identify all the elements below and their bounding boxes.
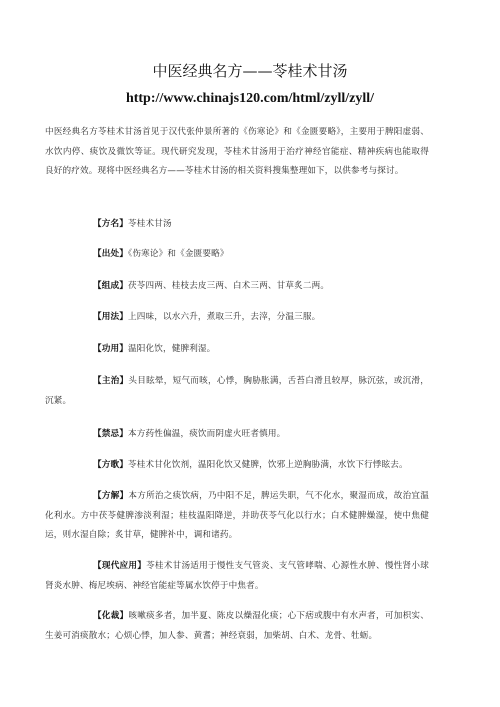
section-zhuzhi: 【主治】头目眩晕，短气而咳，心悸，胸胁胀满，舌苔白滑且较厚，脉沉弦，或沉滑，沉紧… — [45, 372, 429, 411]
section-text: 本方药性偏温，痰饮而阴虚火旺者慎用。 — [128, 429, 285, 439]
section-fangming: 【方名】苓桂术甘汤 — [45, 215, 429, 235]
section-label: 【方解】 — [93, 491, 128, 501]
section-label: 【现代应用】 — [93, 561, 146, 571]
section-text: 苓桂术甘汤 — [128, 219, 172, 229]
section-label: 【功用】 — [93, 344, 128, 354]
intro-paragraph: 中医经典名方苓桂术甘汤首见于汉代张仲景所著的《伤寒论》和《金匮要略》，主要用于脾… — [45, 123, 429, 182]
document-title: 中医经典名方——苓桂术甘汤 — [0, 61, 500, 81]
section-huacai: 【化裁】咳嗽痰多者，加半夏、陈皮以燥湿化痰；心下痞或腹中有水声者，可加枳实、生姜… — [45, 607, 429, 646]
section-zucheng: 【组成】茯苓四两、桂枝去皮三两、白术三两、甘草炙二两。 — [45, 277, 429, 297]
section-label: 【组成】 — [93, 281, 128, 291]
section-yongfa: 【用法】上四味，以水六升，煮取三升，去滓，分温三服。 — [45, 308, 429, 328]
section-text: 温阳化饮，健脾利湿。 — [128, 344, 215, 354]
section-label: 【用法】 — [93, 312, 128, 322]
section-xiandai-yingyong: 【现代应用】苓桂术甘汤适用于慢性支气管炎、支气管哮喘、心源性水肿、慢性肾小球肾炎… — [45, 557, 429, 596]
section-text: 茯苓四两、桂枝去皮三两、白术三两、甘草炙二两。 — [128, 281, 329, 291]
section-label: 【化裁】 — [93, 611, 128, 621]
section-text: 苓桂术甘化饮剂，温阳化饮又健脾，饮邪上逆胸胁满，水饮下行悸眩去。 — [128, 460, 408, 470]
section-label: 【方名】 — [93, 219, 128, 229]
section-text: 上四味，以水六升，煮取三升，去滓，分温三服。 — [128, 312, 320, 322]
section-label: 【禁忌】 — [93, 429, 128, 439]
section-fangjie: 【方解】本方所治之痰饮病，乃中阳不足，脾运失职，气不化水，聚湿而成，故治宜温化利… — [45, 487, 429, 546]
section-gongyong: 【功用】温阳化饮，健脾利湿。 — [45, 340, 429, 360]
section-jinji: 【禁忌】本方药性偏温，痰饮而阴虚火旺者慎用。 — [45, 425, 429, 445]
section-fangge: 【方歌】苓桂术甘化饮剂，温阳化饮又健脾，饮邪上逆胸胁满，水饮下行悸眩去。 — [45, 456, 429, 476]
section-label: 【出处】 — [93, 249, 128, 259]
section-text: 《伤寒论》和《金匮要略》 — [128, 249, 229, 259]
section-label: 【方歌】 — [93, 460, 128, 470]
section-chuchu: 【出处】《伤寒论》和《金匮要略》 — [45, 245, 429, 265]
source-url: http://www.chinajs120.com/html/zyll/zyll… — [0, 89, 500, 109]
section-label: 【主治】 — [93, 376, 128, 386]
